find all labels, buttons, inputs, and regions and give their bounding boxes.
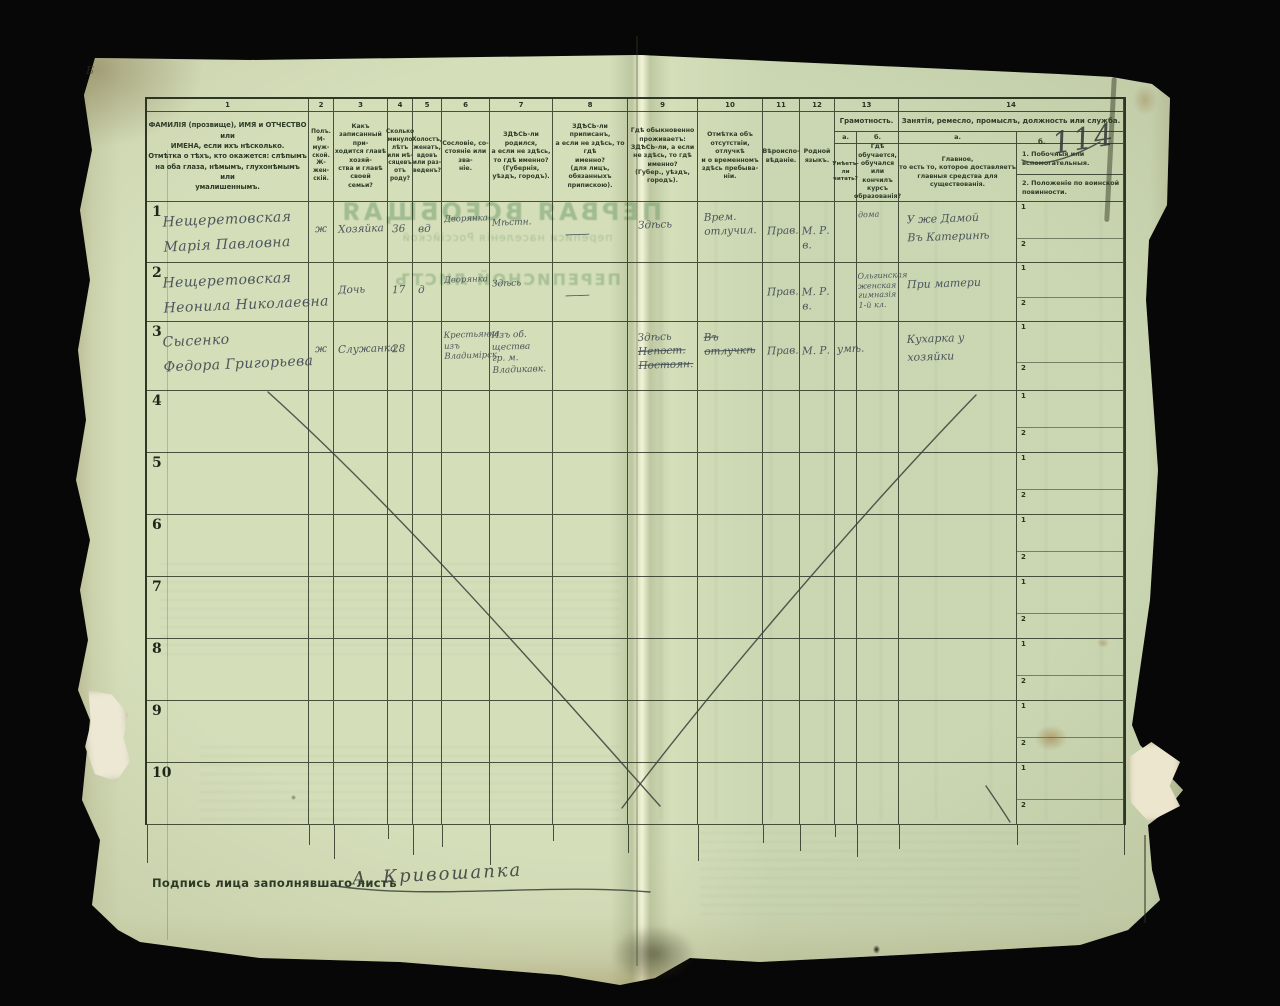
cell-r4-c14b: 12 bbox=[1017, 391, 1124, 453]
handwriting-r2-c6: Дворянка bbox=[444, 274, 488, 286]
header-col13-title: Грамотность. bbox=[835, 112, 899, 132]
cell-r7-c13b bbox=[857, 577, 899, 639]
cell-r10-c14b: 12 bbox=[1017, 763, 1124, 825]
cell-r4-c13b bbox=[857, 391, 899, 453]
handwriting-r3-c9: ЗдѣсьНепост.Постоян. bbox=[637, 329, 693, 373]
cell-r2-c14a: При матери bbox=[899, 263, 1017, 322]
cell-r9-c8 bbox=[553, 701, 628, 763]
cell-r7-c5 bbox=[413, 577, 442, 639]
cell-r6-c4 bbox=[388, 515, 413, 577]
handwriting-segment: Постоян. bbox=[638, 357, 693, 373]
cell-r6-c2 bbox=[309, 515, 334, 577]
cell-r8-c3 bbox=[334, 639, 388, 701]
cell-r4-c8 bbox=[553, 391, 628, 453]
cell-r7-c3 bbox=[334, 577, 388, 639]
cell-r1-c13b: дома bbox=[857, 202, 899, 263]
cell-r7-c14a bbox=[899, 577, 1017, 639]
subrow-label-1: 1 bbox=[1021, 702, 1026, 710]
subrow-label-2: 2 bbox=[1021, 615, 1026, 623]
subcell-r5-2: 2 bbox=[1017, 490, 1123, 515]
cell-r2-c2 bbox=[309, 263, 334, 322]
cell-r7-c13a bbox=[835, 577, 857, 639]
cell-r1-c6: Дворянка bbox=[442, 202, 490, 263]
handwriting-r1-c13b: дома bbox=[858, 210, 880, 220]
header-col7: ЗДѢСЬ-ли родился, а если не здѣсь, то гд… bbox=[490, 112, 553, 202]
subrow-label-1: 1 bbox=[1021, 640, 1026, 648]
cell-r5-c10 bbox=[698, 453, 763, 515]
cell-r7-c12 bbox=[800, 577, 835, 639]
ragged-line-end bbox=[334, 825, 335, 859]
subrow-label-2: 2 bbox=[1021, 677, 1026, 685]
book-fold-crease bbox=[636, 36, 638, 966]
cell-r10-c6 bbox=[442, 763, 490, 825]
cell-r10-c4 bbox=[388, 763, 413, 825]
ragged-line-end bbox=[442, 825, 443, 847]
subrow-label-1: 1 bbox=[1021, 516, 1026, 524]
handwriting-r1-c8: —— bbox=[565, 226, 590, 244]
cell-r3-c4: 28 bbox=[388, 322, 413, 391]
cell-r3-c8 bbox=[553, 322, 628, 391]
cell-r8-c7 bbox=[490, 639, 553, 701]
handwriting-r3-c7: Изъ об. щества гр. м. Владикавк. bbox=[491, 329, 553, 378]
cell-r1-c13a bbox=[835, 202, 857, 263]
cell-r3-c11: Прав. bbox=[763, 322, 800, 391]
cell-r4-c14a bbox=[899, 391, 1017, 453]
cell-r6-c11 bbox=[763, 515, 800, 577]
handwriting-r1-c9: Здѣсь bbox=[638, 217, 673, 232]
cell-r2-c12: М. Р. в. bbox=[800, 263, 835, 322]
handwriting-r2-c14a: При матери bbox=[907, 274, 982, 294]
right-edge-crease bbox=[1144, 835, 1146, 923]
row-number-10: 10 bbox=[152, 765, 171, 781]
cell-r3-c13a: умѣ. bbox=[835, 322, 857, 391]
cell-r4-c1: 4 bbox=[147, 391, 309, 453]
subrow-label-2: 2 bbox=[1021, 429, 1026, 437]
handwriting-r1-c3: Хозяйка bbox=[338, 221, 384, 237]
cell-r5-c9 bbox=[628, 453, 698, 515]
cell-r6-c13b bbox=[857, 515, 899, 577]
cell-r8-c14a bbox=[899, 639, 1017, 701]
cell-r2-c4: 17 bbox=[388, 263, 413, 322]
subcell-r10-1: 1 bbox=[1017, 763, 1123, 800]
cell-r10-c11 bbox=[763, 763, 800, 825]
subrow-label-1: 1 bbox=[1021, 323, 1026, 331]
row-number-4: 4 bbox=[152, 393, 162, 409]
cell-r5-c4 bbox=[388, 453, 413, 515]
ragged-line-end bbox=[628, 825, 629, 853]
handwriting-segment: Непост. bbox=[638, 343, 693, 359]
cell-r9-c4 bbox=[388, 701, 413, 763]
handwriting-r1-c5: вд bbox=[418, 222, 431, 237]
cell-r8-c9 bbox=[628, 639, 698, 701]
cell-r10-c12 bbox=[800, 763, 835, 825]
cell-r2-c14b: 12 bbox=[1017, 263, 1124, 322]
cell-r6-c1: 6 bbox=[147, 515, 309, 577]
cell-r3-c6: Крестьянка изъ Владимірск. bbox=[442, 322, 490, 391]
handwriting-r1-c4: 36 bbox=[392, 222, 406, 237]
cell-r3-c14a: Кухарка у хозяйки bbox=[899, 322, 1017, 391]
cell-r2-c11: Прав. bbox=[763, 263, 800, 322]
cell-r6-c8 bbox=[553, 515, 628, 577]
cell-r6-c9 bbox=[628, 515, 698, 577]
subrow-label-2: 2 bbox=[1021, 364, 1026, 372]
ragged-line-end bbox=[413, 825, 414, 855]
cell-r10-c10 bbox=[698, 763, 763, 825]
cell-r1-c3: Хозяйка bbox=[334, 202, 388, 263]
cell-r1-c10: Врем. отлучил. bbox=[698, 202, 763, 263]
cell-r9-c5 bbox=[413, 701, 442, 763]
cell-r3-c9: ЗдѣсьНепост.Постоян. bbox=[628, 322, 698, 391]
cell-r3-c12: М. Р. bbox=[800, 322, 835, 391]
bleedthrough-smudge bbox=[700, 830, 1080, 915]
cell-r6-c3 bbox=[334, 515, 388, 577]
cell-r3-c10: Въотлучкѣ bbox=[698, 322, 763, 391]
cell-r3-c1: 3Сысенко Федора Григорьева bbox=[147, 322, 309, 391]
handwriting-r3-c12: М. Р. bbox=[802, 344, 830, 359]
ragged-line-end bbox=[490, 825, 491, 865]
ragged-line-end bbox=[147, 825, 148, 863]
row-number-6: 6 bbox=[152, 517, 162, 533]
cell-r4-c12 bbox=[800, 391, 835, 453]
header-col14a-label: а. bbox=[899, 132, 1017, 144]
cell-r7-c14b: 12 bbox=[1017, 577, 1124, 639]
subcell-r4-2: 2 bbox=[1017, 428, 1123, 453]
cell-r10-c3 bbox=[334, 763, 388, 825]
header-col13a-label: а. bbox=[835, 132, 857, 144]
cell-r9-c10 bbox=[698, 701, 763, 763]
header-col12: Родной языкъ. bbox=[800, 112, 835, 202]
handwriting-r1-c10: Врем. отлучил. bbox=[704, 209, 757, 239]
subcell-r8-2: 2 bbox=[1017, 676, 1123, 701]
cell-r9-c6 bbox=[442, 701, 490, 763]
handwriting-r1-c7: Мѣстн. bbox=[492, 217, 532, 230]
handwriting-r2-c12: М. Р. в. bbox=[802, 284, 835, 313]
cell-r1-c8: —— bbox=[553, 202, 628, 263]
column-number-9: 9 bbox=[628, 99, 698, 112]
cell-r4-c10 bbox=[698, 391, 763, 453]
subrow-label-1: 1 bbox=[1021, 264, 1026, 272]
corner-mark: Б bbox=[86, 64, 94, 77]
cell-r5-c3 bbox=[334, 453, 388, 515]
handwriting-r2-c11: Прав. bbox=[767, 284, 799, 299]
header-col9: Гдѣ обыкновенно проживаетъ: ЗДѢСЬ-ли, а … bbox=[628, 112, 698, 202]
ragged-line-end bbox=[835, 825, 836, 837]
handwriting-r3-c10: Въотлучкѣ bbox=[704, 329, 756, 359]
handwriting-r1-c11: Прав. bbox=[767, 223, 799, 238]
column-number-2: 2 bbox=[309, 99, 334, 112]
subcell-r9-1: 1 bbox=[1017, 701, 1123, 738]
cell-r8-c4 bbox=[388, 639, 413, 701]
cell-r8-c10 bbox=[698, 639, 763, 701]
subcell-r7-1: 1 bbox=[1017, 577, 1123, 614]
row-number-1: 1 bbox=[152, 204, 162, 220]
cell-r3-c2: ж bbox=[309, 322, 334, 391]
handwriting-r2-c8: —— bbox=[565, 287, 590, 305]
handwriting-r3-c4: 28 bbox=[392, 342, 406, 357]
cell-r2-c1: 2Нещеретовская Неонила Николаевна bbox=[147, 263, 309, 322]
column14b-sublabel: б. bbox=[1038, 138, 1046, 146]
scanned-census-sheet: ПЕРВАЯ ВСЕОБЩАЯ переписи населенія Россі… bbox=[0, 0, 1280, 1006]
column-number-8: 8 bbox=[553, 99, 628, 112]
cell-r1-c14a: У же Дамой Въ Катеринѣ bbox=[899, 202, 1017, 263]
cell-r3-c14b: 12 bbox=[1017, 322, 1124, 391]
handwriting-segment: Здѣсь bbox=[637, 329, 692, 345]
row-number-5: 5 bbox=[152, 455, 162, 471]
cell-r9-c13b bbox=[857, 701, 899, 763]
cell-r7-c1: 7 bbox=[147, 577, 309, 639]
cell-r8-c13a bbox=[835, 639, 857, 701]
cell-r1-c5: вд bbox=[413, 202, 442, 263]
cell-r2-c13a bbox=[835, 263, 857, 322]
cell-r10-c13b bbox=[857, 763, 899, 825]
column-number-13: 13 bbox=[835, 99, 899, 112]
cell-r10-c5 bbox=[413, 763, 442, 825]
cell-r8-c5 bbox=[413, 639, 442, 701]
cell-r1-c11: Прав. bbox=[763, 202, 800, 263]
handwriting-r2-c3: Дочь bbox=[338, 283, 366, 298]
cell-r6-c14a bbox=[899, 515, 1017, 577]
cell-r2-c6: Дворянка bbox=[442, 263, 490, 322]
cell-r8-c8 bbox=[553, 639, 628, 701]
subcell-r7-2: 2 bbox=[1017, 614, 1123, 639]
header-col13b-label: б. bbox=[857, 132, 899, 144]
header-col3: Какъ записанный при- ходится главѣ хозяй… bbox=[334, 112, 388, 202]
subcell-r9-2: 2 bbox=[1017, 738, 1123, 763]
cell-r1-c2: ж bbox=[309, 202, 334, 263]
subcell-r10-2: 2 bbox=[1017, 800, 1123, 825]
handwriting-r3-c11: Прав. bbox=[767, 343, 799, 358]
cell-r10-c7 bbox=[490, 763, 553, 825]
column-number-11: 11 bbox=[763, 99, 800, 112]
subrow-label-2: 2 bbox=[1021, 801, 1026, 809]
column-number-12: 12 bbox=[800, 99, 835, 112]
cell-r5-c2 bbox=[309, 453, 334, 515]
cell-r5-c12 bbox=[800, 453, 835, 515]
ragged-line-end bbox=[1017, 825, 1018, 845]
cell-r9-c14a bbox=[899, 701, 1017, 763]
cell-r8-c2 bbox=[309, 639, 334, 701]
subcell-r3-2: 2 bbox=[1017, 363, 1123, 391]
header-col1: ФАМИЛІЯ (прозвище), ИМЯ и ОТЧЕСТВО или И… bbox=[147, 112, 309, 202]
cell-r6-c5 bbox=[413, 515, 442, 577]
header-col11: Вѣроиспо- вѣданіе. bbox=[763, 112, 800, 202]
cell-r8-c1: 8 bbox=[147, 639, 309, 701]
cell-r1-c7: Мѣстн. bbox=[490, 202, 553, 263]
cell-r3-c3: Служанка bbox=[334, 322, 388, 391]
subcell-r2-2: 2 bbox=[1017, 298, 1123, 322]
cell-r5-c1: 5 bbox=[147, 453, 309, 515]
cell-r7-c6 bbox=[442, 577, 490, 639]
cell-r10-c8 bbox=[553, 763, 628, 825]
header-col8: ЗДѢСЬ-ли приписанъ, а если не здѣсь, то … bbox=[553, 112, 628, 202]
column-number-3: 3 bbox=[334, 99, 388, 112]
cell-r5-c13a bbox=[835, 453, 857, 515]
cell-r4-c5 bbox=[413, 391, 442, 453]
subrow-label-1: 1 bbox=[1021, 578, 1026, 586]
column-number-1: 1 bbox=[147, 99, 309, 112]
handwriting-r3-c2: ж bbox=[315, 342, 327, 357]
row-number-2: 2 bbox=[152, 265, 162, 281]
ragged-line-end bbox=[553, 825, 554, 841]
subrow-label-2: 2 bbox=[1021, 299, 1026, 307]
cell-r2-c7: Здѣсь bbox=[490, 263, 553, 322]
cell-r4-c13a bbox=[835, 391, 857, 453]
cell-r7-c7 bbox=[490, 577, 553, 639]
header-col14a: Главное, то есть то, которое доставляетъ… bbox=[899, 144, 1017, 202]
subrow-label-2: 2 bbox=[1021, 553, 1026, 561]
cell-r6-c6 bbox=[442, 515, 490, 577]
cell-r7-c2 bbox=[309, 577, 334, 639]
cell-r10-c1: 10 bbox=[147, 763, 309, 825]
ragged-line-end bbox=[1124, 825, 1125, 855]
cell-r1-c1: 1Нещеретовская Марія Павловна bbox=[147, 202, 309, 263]
cell-r4-c11 bbox=[763, 391, 800, 453]
cell-r2-c9 bbox=[628, 263, 698, 322]
cell-r9-c14b: 12 bbox=[1017, 701, 1124, 763]
cell-r10-c2 bbox=[309, 763, 334, 825]
subrow-label-2: 2 bbox=[1021, 739, 1026, 747]
subcell-r4-1: 1 bbox=[1017, 391, 1123, 428]
handwriting-segment: отлучкѣ bbox=[704, 343, 756, 359]
cell-r1-c12: М. Р. в. bbox=[800, 202, 835, 263]
cell-r7-c9 bbox=[628, 577, 698, 639]
row-number-7: 7 bbox=[152, 579, 162, 595]
subrow-label-1: 1 bbox=[1021, 764, 1026, 772]
subcell-r3-1: 1 bbox=[1017, 322, 1123, 363]
ragged-line-end bbox=[800, 825, 801, 851]
cell-r8-c11 bbox=[763, 639, 800, 701]
handwriting-r3-c14a: Кухарка у хозяйки bbox=[906, 329, 965, 366]
cell-r1-c9: Здѣсь bbox=[628, 202, 698, 263]
cell-r4-c9 bbox=[628, 391, 698, 453]
cell-r2-c10 bbox=[698, 263, 763, 322]
cell-r6-c13a bbox=[835, 515, 857, 577]
cell-r9-c2 bbox=[309, 701, 334, 763]
ragged-line-end bbox=[899, 825, 900, 849]
cell-r4-c3 bbox=[334, 391, 388, 453]
cell-r10-c14a bbox=[899, 763, 1017, 825]
cell-r7-c10 bbox=[698, 577, 763, 639]
header-col2: Полъ. М-муж- ской. Ж-жен- скій. bbox=[309, 112, 334, 202]
handwriting-r2-c4: 17 bbox=[392, 283, 406, 298]
header-col5: Холостъ, женатъ, вдовъ или раз- веденъ? bbox=[413, 112, 442, 202]
cell-r10-c9 bbox=[628, 763, 698, 825]
subcell-r6-2: 2 bbox=[1017, 552, 1123, 577]
subcell-r8-1: 1 bbox=[1017, 639, 1123, 676]
subrow-label-1: 1 bbox=[1021, 454, 1026, 462]
subcell-r1-2: 2 bbox=[1017, 239, 1123, 263]
ragged-line-end bbox=[309, 825, 310, 845]
cell-r9-c13a bbox=[835, 701, 857, 763]
cell-r9-c11 bbox=[763, 701, 800, 763]
header-col10: Отмѣтка объ отсутствіи, отлучкѣ и о врем… bbox=[698, 112, 763, 202]
cell-r9-c9 bbox=[628, 701, 698, 763]
cell-r3-c7: Изъ об. щества гр. м. Владикавк. bbox=[490, 322, 553, 391]
column-number-7: 7 bbox=[490, 99, 553, 112]
column-number-4: 4 bbox=[388, 99, 413, 112]
cell-r5-c6 bbox=[442, 453, 490, 515]
cell-r6-c12 bbox=[800, 515, 835, 577]
cell-r6-c10 bbox=[698, 515, 763, 577]
header-col6: Сословіе, со- стояніе или зва- ніе. bbox=[442, 112, 490, 202]
subcell-r5-1: 1 bbox=[1017, 453, 1123, 490]
row-number-9: 9 bbox=[152, 703, 162, 719]
column-number-5: 5 bbox=[413, 99, 442, 112]
cell-r3-c5 bbox=[413, 322, 442, 391]
cell-r5-c5 bbox=[413, 453, 442, 515]
handwriting-r1-c6: Дворянка bbox=[444, 213, 488, 225]
cell-r5-c13b bbox=[857, 453, 899, 515]
cell-r5-c14a bbox=[899, 453, 1017, 515]
cell-r3-c13b bbox=[857, 322, 899, 391]
cell-r4-c2 bbox=[309, 391, 334, 453]
cell-r4-c4 bbox=[388, 391, 413, 453]
cell-r7-c8 bbox=[553, 577, 628, 639]
cell-r1-c4: 36 bbox=[388, 202, 413, 263]
cell-r8-c6 bbox=[442, 639, 490, 701]
cell-r9-c1: 9 bbox=[147, 701, 309, 763]
handwriting-r2-c5: д bbox=[418, 283, 425, 297]
cell-r9-c12 bbox=[800, 701, 835, 763]
cell-r2-c8: —— bbox=[553, 263, 628, 322]
cell-r2-c5: д bbox=[413, 263, 442, 322]
bottom-fold-shadow bbox=[598, 912, 710, 988]
row-number-8: 8 bbox=[152, 641, 162, 657]
handwriting-segment: Въ bbox=[704, 329, 756, 345]
cell-r8-c14b: 12 bbox=[1017, 639, 1124, 701]
cell-r9-c3 bbox=[334, 701, 388, 763]
handwriting-r1-c2: ж bbox=[315, 222, 327, 237]
cell-r10-c13a bbox=[835, 763, 857, 825]
subrow-label-2: 2 bbox=[1021, 491, 1026, 499]
cell-r4-c6 bbox=[442, 391, 490, 453]
subrow-label-1: 1 bbox=[1021, 203, 1026, 211]
cell-r8-c13b bbox=[857, 639, 899, 701]
row-number-3: 3 bbox=[152, 324, 162, 340]
cell-r5-c8 bbox=[553, 453, 628, 515]
cell-r5-c14b: 12 bbox=[1017, 453, 1124, 515]
subcell-r2-1: 1 bbox=[1017, 263, 1123, 298]
column-number-14: 14 bbox=[899, 99, 1124, 112]
cell-r4-c7 bbox=[490, 391, 553, 453]
cell-r2-c13b: Ольгинская женская гимназія 1-й кл. bbox=[857, 263, 899, 322]
subrow-label-1: 1 bbox=[1021, 392, 1026, 400]
header-col13b: Гдѣ обучается, обучался или кончилъ курс… bbox=[857, 144, 899, 202]
subcell-r6-1: 1 bbox=[1017, 515, 1123, 552]
cell-r8-c12 bbox=[800, 639, 835, 701]
cell-r6-c14b: 12 bbox=[1017, 515, 1124, 577]
column-number-10: 10 bbox=[698, 99, 763, 112]
ragged-line-end bbox=[698, 825, 699, 861]
ragged-line-end bbox=[763, 825, 764, 843]
cell-r2-c3: Дочь bbox=[334, 263, 388, 322]
ragged-line-end bbox=[388, 825, 389, 839]
column-number-6: 6 bbox=[442, 99, 490, 112]
cell-r9-c7 bbox=[490, 701, 553, 763]
cell-r7-c4 bbox=[388, 577, 413, 639]
subrow-label-2: 2 bbox=[1021, 240, 1026, 248]
handwriting-r1-c14a: У же Дамой Въ Катеринѣ bbox=[906, 209, 989, 247]
cell-r6-c7 bbox=[490, 515, 553, 577]
cell-r5-c7 bbox=[490, 453, 553, 515]
ragged-line-end bbox=[857, 825, 858, 857]
handwriting-r1-c12: М. Р. в. bbox=[802, 223, 835, 252]
handwriting-r2-c7: Здѣсь bbox=[492, 278, 522, 291]
cell-r5-c11 bbox=[763, 453, 800, 515]
header-col4: Сколько минуло лѣтъ или мѣ- сяцевъ отъ р… bbox=[388, 112, 413, 202]
cell-r7-c11 bbox=[763, 577, 800, 639]
